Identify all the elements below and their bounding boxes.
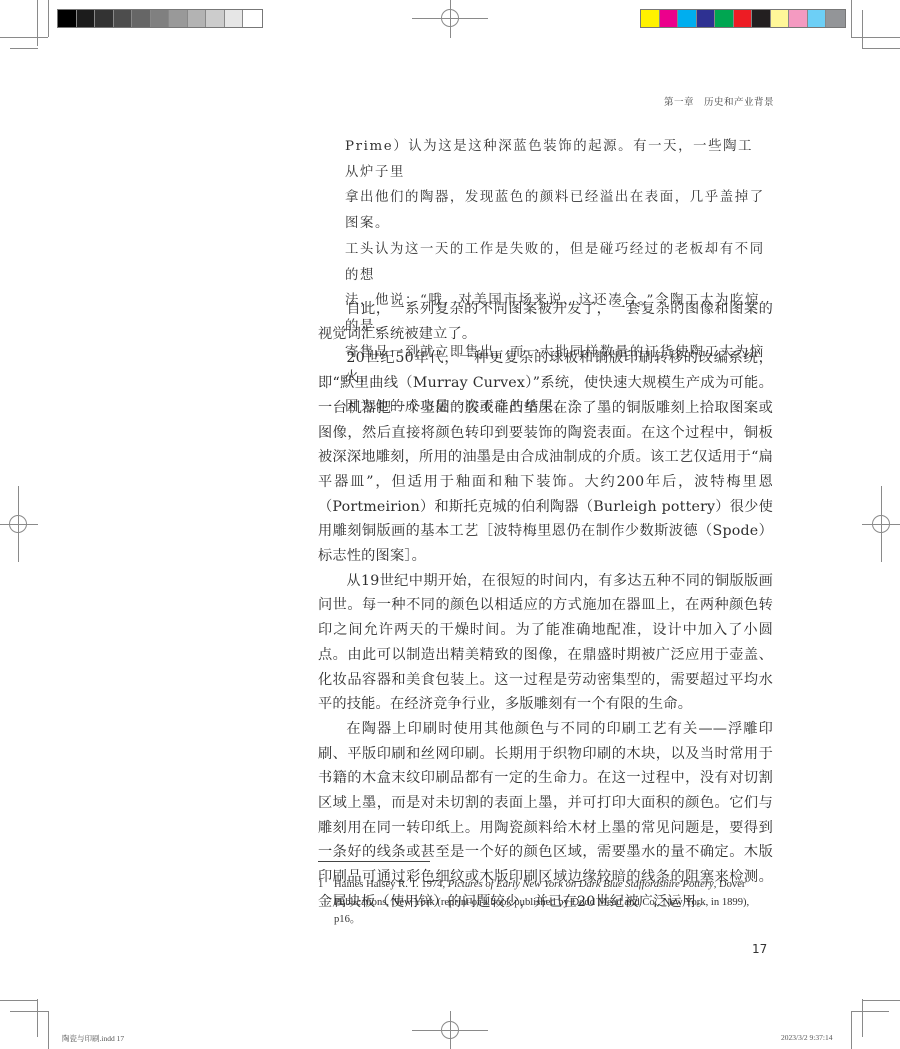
paragraph: 20世纪50年代，一种更复杂的球板和铜版印刷转移的改编系统，即“默里曲线（Mur… [318, 346, 773, 568]
quote-line: 拿出他们的陶器，发现蓝色的颜料已经溢出在表面，几乎盖掉了图案。 [345, 185, 767, 236]
color-swatch [660, 10, 679, 27]
crop-mark-top-right-v1 [851, 0, 852, 37]
color-swatch [697, 10, 716, 27]
crop-mark-top-right-v2 [862, 10, 863, 48]
crop-mark-bottom-left-v2 [48, 1011, 49, 1049]
footnote-title: Pictures of Early New York on Dark Blue … [448, 879, 714, 890]
footnote-author: Haines Halsey R. T. 1974, [334, 879, 448, 890]
color-swatch [151, 10, 170, 27]
color-swatch [243, 10, 262, 27]
crop-mark-top-left-v2 [48, 0, 49, 37]
running-head: 第一章 历史和产业背景 [664, 94, 774, 108]
quote-line: Prime）认为这是这种深蓝色装饰的起源。有一天，一些陶工从炉子里 [345, 134, 767, 185]
registration-mark-left-circle [9, 515, 27, 533]
color-swatch [808, 10, 827, 27]
footnote: 1 Haines Halsey R. T. 1974, Pictures of … [318, 876, 773, 929]
color-swatch [169, 10, 188, 27]
color-swatch [641, 10, 660, 27]
crop-mark-bottom-right-v2 [862, 999, 863, 1037]
crop-mark-bottom-right-v1 [851, 1011, 852, 1049]
color-swatch [771, 10, 790, 27]
crop-mark-bottom-right-h1 [851, 1011, 889, 1012]
crop-mark-bottom-left-h2 [10, 1011, 49, 1012]
grayscale-color-bar [57, 9, 263, 28]
color-swatch [95, 10, 114, 27]
footnote-number: 1 [318, 876, 323, 894]
registration-mark-top-circle [441, 9, 459, 27]
color-swatch [132, 10, 151, 27]
process-color-bar [640, 9, 846, 28]
color-swatch [206, 10, 225, 27]
paragraph: 从19世纪中期开始，在很短的时间内，有多达五种不同的铜版版画问世。每一种不同的颜… [318, 569, 773, 717]
color-swatch [225, 10, 244, 27]
color-swatch [715, 10, 734, 27]
page-number: 17 [752, 942, 767, 956]
crop-mark-top-left-h1 [0, 37, 48, 38]
color-swatch [789, 10, 808, 27]
quote-line: 工头认为这一天的工作是失败的，但是碰巧经过的老板却有不同的想 [345, 237, 767, 288]
footnote-separator [318, 861, 430, 862]
body-text: 自此，一系列复杂的不同图案被开发了，一套复杂的图像和图案的视觉词汇系统被建立了。… [318, 297, 773, 915]
color-swatch [734, 10, 753, 27]
crop-mark-bottom-right-h2 [862, 1000, 900, 1001]
crop-mark-bottom-left-v1 [37, 999, 38, 1037]
color-swatch [77, 10, 96, 27]
color-swatch [58, 10, 77, 27]
crop-mark-top-right-h2 [862, 48, 900, 49]
color-swatch [114, 10, 133, 27]
crop-mark-bottom-left-h1 [0, 1000, 38, 1001]
registration-mark-bottom-circle [441, 1021, 459, 1039]
slug-filename: 陶瓷与印刷.indd 17 [62, 1033, 124, 1044]
crop-mark-top-left-h2 [10, 48, 38, 49]
crop-mark-top-right-h1 [851, 37, 900, 38]
paragraph: 自此，一系列复杂的不同图案被开发了，一套复杂的图像和图案的视觉词汇系统被建立了。 [318, 297, 773, 346]
crop-mark-top-left-v1 [37, 0, 38, 46]
footnote-text: Haines Halsey R. T. 1974, Pictures of Ea… [334, 876, 773, 929]
color-swatch [752, 10, 771, 27]
registration-mark-right-circle [872, 515, 890, 533]
slug-timestamp: 2023/3/2 9:37:14 [781, 1033, 832, 1042]
color-swatch [678, 10, 697, 27]
color-swatch [826, 10, 845, 27]
color-swatch [188, 10, 207, 27]
